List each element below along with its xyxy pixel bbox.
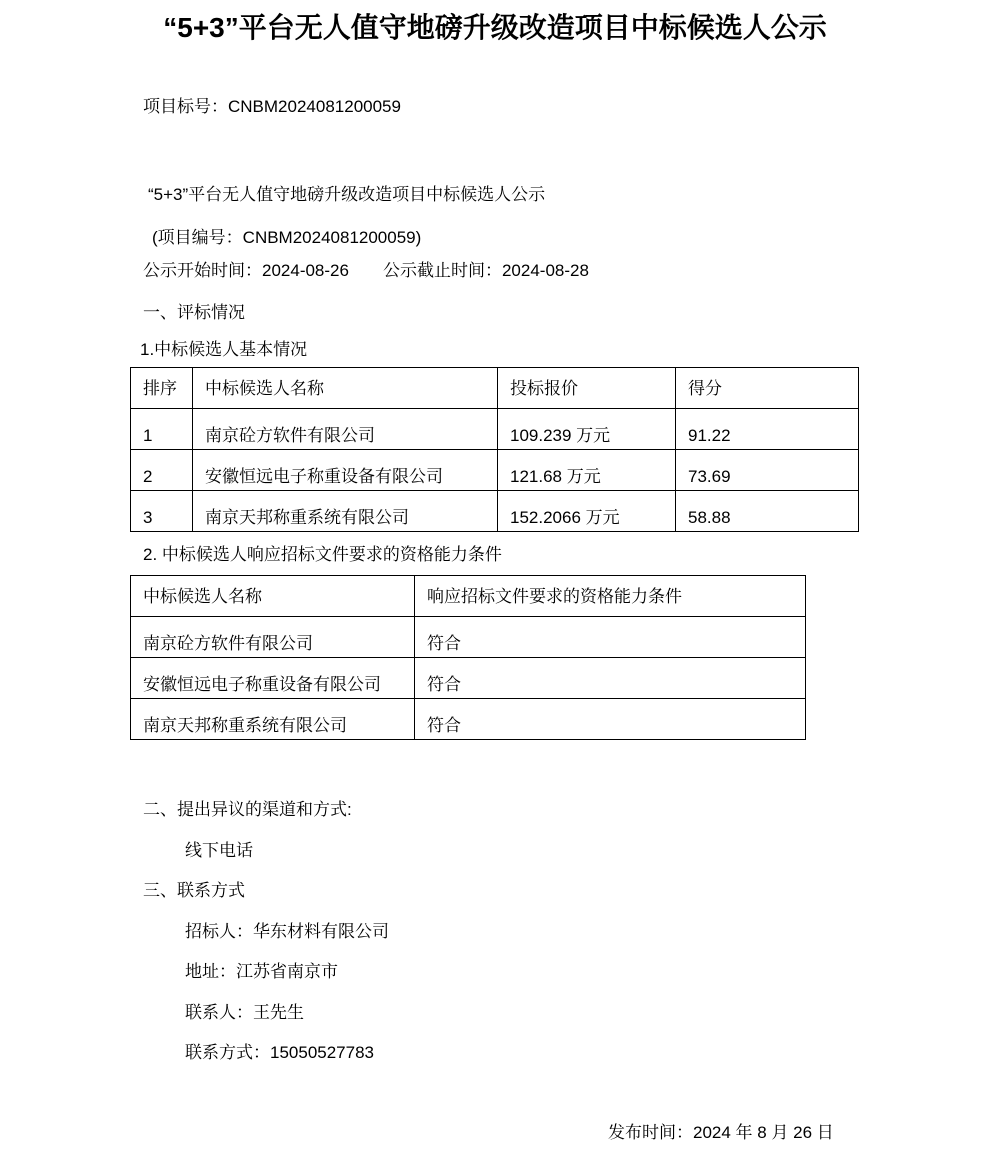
cell-candidate-name: 南京砼方软件有限公司 — [131, 617, 415, 658]
section2-heading: 二、提出异议的渠道和方式: — [143, 798, 352, 821]
project-code: (项目编号：CNBM2024081200059) — [152, 226, 421, 249]
table-row: 南京砼方软件有限公司 符合 — [131, 617, 806, 658]
cell-candidate-name: 南京天邦称重系统有限公司 — [193, 491, 498, 532]
page-title: “5+3”平台无人值守地磅升级改造项目中标候选人公示 — [0, 10, 990, 46]
cell-bid-price: 109.239 万元 — [498, 409, 676, 450]
objection-channel: 线下电话 — [185, 839, 253, 862]
cell-score: 91.22 — [676, 409, 859, 450]
cell-rank: 2 — [131, 450, 193, 491]
col-header-candidate-name: 中标候选人名称 — [131, 576, 415, 617]
announcement-subtitle: “5+3”平台无人值守地磅升级改造项目中标候选人公示 — [148, 183, 545, 206]
section3-heading: 三、联系方式 — [143, 879, 245, 902]
cell-candidate-name: 南京天邦称重系统有限公司 — [131, 699, 415, 740]
section1-sub-heading: 1.中标候选人基本情况 — [140, 338, 307, 361]
table-row: 1 南京砼方软件有限公司 109.239 万元 91.22 — [131, 409, 859, 450]
table-row: 2 安徽恒远电子称重设备有限公司 121.68 万元 73.69 — [131, 450, 859, 491]
col-header-qualification: 响应招标文件要求的资格能力条件 — [415, 576, 806, 617]
announcement-page: “5+3”平台无人值守地磅升级改造项目中标候选人公示 项目标号：CNBM2024… — [0, 0, 990, 1162]
table-header-row: 排序 中标候选人名称 投标报价 得分 — [131, 368, 859, 409]
cell-qualification: 符合 — [415, 658, 806, 699]
table-row: 安徽恒远电子称重设备有限公司 符合 — [131, 658, 806, 699]
candidates-basic-table: 排序 中标候选人名称 投标报价 得分 1 南京砼方软件有限公司 109.239 … — [130, 367, 859, 532]
qualification-table: 中标候选人名称 响应招标文件要求的资格能力条件 南京砼方软件有限公司 符合 安徽… — [130, 575, 806, 740]
publicity-end-date: 公示截止时间：2024-08-28 — [383, 259, 589, 282]
col-header-rank: 排序 — [131, 368, 193, 409]
publicity-dates: 公示开始时间：2024-08-26 公示截止时间：2024-08-28 — [143, 259, 589, 282]
contact-tenderer: 招标人：华东材料有限公司 — [185, 920, 389, 943]
cell-bid-price: 152.2066 万元 — [498, 491, 676, 532]
cell-candidate-name: 安徽恒远电子称重设备有限公司 — [193, 450, 498, 491]
cell-rank: 1 — [131, 409, 193, 450]
section2-sub-heading: 2. 中标候选人响应招标文件要求的资格能力条件 — [143, 543, 502, 566]
cell-candidate-name: 南京砼方软件有限公司 — [193, 409, 498, 450]
cell-rank: 3 — [131, 491, 193, 532]
contact-phone: 联系方式：15050527783 — [185, 1041, 374, 1064]
table-row: 南京天邦称重系统有限公司 符合 — [131, 699, 806, 740]
project-bid-number: 项目标号：CNBM2024081200059 — [143, 95, 401, 118]
cell-score: 58.88 — [676, 491, 859, 532]
col-header-candidate-name: 中标候选人名称 — [193, 368, 498, 409]
cell-bid-price: 121.68 万元 — [498, 450, 676, 491]
cell-score: 73.69 — [676, 450, 859, 491]
table-row: 3 南京天邦称重系统有限公司 152.2066 万元 58.88 — [131, 491, 859, 532]
cell-candidate-name: 安徽恒远电子称重设备有限公司 — [131, 658, 415, 699]
publicity-start-date: 公示开始时间：2024-08-26 — [143, 259, 349, 282]
cell-qualification: 符合 — [415, 699, 806, 740]
table-header-row: 中标候选人名称 响应招标文件要求的资格能力条件 — [131, 576, 806, 617]
section1-heading: 一、评标情况 — [143, 301, 245, 324]
contact-address: 地址：江苏省南京市 — [185, 960, 338, 983]
contact-person: 联系人：王先生 — [185, 1001, 304, 1024]
col-header-bid-price: 投标报价 — [498, 368, 676, 409]
cell-qualification: 符合 — [415, 617, 806, 658]
col-header-score: 得分 — [676, 368, 859, 409]
publish-date: 发布时间：2024 年 8 月 26 日 — [608, 1121, 834, 1144]
